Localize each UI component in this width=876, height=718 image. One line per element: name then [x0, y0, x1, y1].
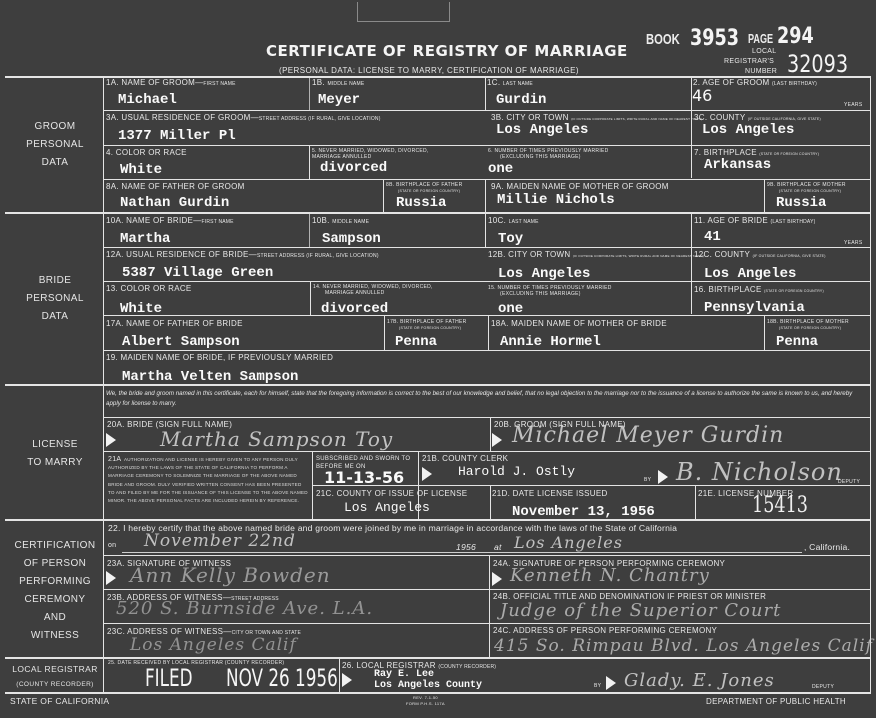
rule-groom-r4-b — [485, 180, 486, 212]
rule-cert-r1 — [103, 555, 870, 556]
marriage-year: 1956 — [456, 542, 476, 552]
groom-first-name: Michael — [118, 92, 177, 108]
rule-license-date — [490, 486, 491, 519]
bride-first-name: Martha — [120, 231, 170, 247]
bride-father-name: Albert Sampson — [122, 334, 240, 350]
rule-license-num — [695, 486, 696, 519]
book-number: 3953 — [690, 26, 739, 51]
groom-middle-name: Meyer — [318, 92, 360, 108]
book-label: BOOK — [646, 31, 680, 48]
date-issued: November 13, 1956 — [512, 504, 655, 520]
groom-county: Los Angeles — [702, 122, 794, 138]
footer-form-id: Form P.H.S. 117A — [406, 701, 445, 706]
groom-street: 1377 Miller Pl — [118, 128, 236, 144]
bride-maiden-name: Martha Velten Sampson — [122, 369, 298, 385]
registrar-county: Los Angeles County — [374, 680, 482, 691]
document-title: CERTIFICATE OF REGISTRY OF MARRIAGE — [266, 42, 628, 60]
groom-mother-name: Millie Nichols — [497, 192, 615, 208]
arrow-marker-icon — [106, 433, 116, 447]
groom-age: 46 — [692, 86, 712, 105]
page-label: PAGE — [748, 31, 773, 46]
registrar-name: Ray E. Lee — [374, 669, 434, 680]
section-bride: BRIDE PERSONAL DATA — [12, 272, 98, 326]
bride-marital-status: divorced — [321, 301, 388, 317]
license-statement: We, the bride and groom named in this ce… — [106, 389, 868, 409]
rule-cert-registrar — [5, 657, 871, 659]
county-clerk-name: Harold J. Ostly — [458, 464, 575, 479]
groom-father-birthplace: Russia — [396, 195, 446, 211]
document-subtitle: (PERSONAL DATA: LICENSE TO MARRY, CERTIF… — [279, 66, 579, 75]
section-registrar: LOCAL REGISTRAR (COUNTY RECORDER) — [8, 661, 102, 693]
authorization-text: AUTHORIZATION AND LICENSE IS HEREBY GIVE… — [108, 456, 308, 505]
rule-groom-r3-a — [309, 146, 310, 179]
rule-cert-r2 — [103, 589, 870, 590]
bride-middle-name: Sampson — [322, 231, 381, 247]
rule-groom-r2 — [103, 145, 870, 146]
rule-right-edge — [870, 76, 871, 693]
rule-bride-r4-a — [384, 316, 385, 350]
groom-last-name: Gurdin — [496, 92, 546, 108]
rule-license-r1 — [103, 451, 870, 452]
marriage-certificate: CERTIFICATE OF REGISTRY OF MARRIAGE (PER… — [0, 0, 876, 718]
county-of-issue: Los Angeles — [344, 500, 430, 515]
rule-license-sign-split — [490, 418, 491, 451]
bride-birthplace: Pennsylvania — [704, 300, 805, 316]
groom-race: White — [120, 162, 162, 178]
filed-date-stamp: NOV 26 1956 — [226, 664, 338, 692]
witness-signature: Ann Kelly Bowden — [130, 563, 331, 587]
bride-mother-birthplace: Penna — [776, 334, 818, 350]
rule-bride-r1-b — [485, 214, 486, 247]
rule-groom-bride — [5, 212, 871, 214]
rule-groom-r3 — [103, 179, 870, 180]
rule-registrar-split — [339, 658, 340, 692]
bride-age: 41 — [704, 229, 721, 245]
rule-bride-r1-c — [691, 214, 692, 314]
bride-last-name: Toy — [498, 231, 523, 247]
bride-race: White — [120, 301, 162, 317]
license-number: 15413 — [752, 493, 808, 518]
rule-bride-r1-a — [309, 214, 310, 247]
top-tab-box — [357, 2, 450, 22]
groom-age-unit: YEARS — [844, 102, 862, 108]
bride-father-birthplace: Penna — [395, 334, 437, 350]
bride-mother-name: Annie Hormel — [500, 334, 601, 350]
page-number: 294 — [777, 24, 814, 49]
deputy-by-label: BY — [644, 477, 651, 483]
groom-city: Los Angeles — [496, 122, 588, 138]
rule-groom-r1-a — [309, 78, 310, 110]
rule-bride-r4-b — [488, 316, 489, 350]
arrow-marker-icon — [606, 676, 616, 690]
section-license: LICENSE TO MARRY — [12, 436, 98, 472]
deputy-signature: B. Nicholson — [676, 458, 843, 486]
marriage-place: Los Angeles — [514, 533, 623, 552]
rule-bride-r3-a — [310, 282, 311, 315]
deputy-suffix: DEPUTY — [838, 479, 860, 485]
registrar-deputy-suffix: DEPUTY — [812, 684, 834, 690]
registrar-deputy-signature: Glady. E. Jones — [624, 670, 775, 691]
officiant-address: 415 So. Rimpau Blvd. Los Angeles Calif — [494, 636, 873, 656]
witness-city: Los Angeles Calif — [130, 635, 297, 655]
rule-bride-r1 — [103, 247, 870, 248]
rule-groom-r1-b — [485, 78, 486, 110]
section-certification: CERTIFICATION OF PERSON PERFORMING CEREM… — [8, 537, 102, 645]
rule-left-column — [103, 76, 104, 693]
arrow-marker-icon — [342, 673, 352, 687]
rule-bottom — [5, 692, 871, 694]
bride-times-married: one — [498, 301, 523, 317]
officiant-title: Judge of the Superior Court — [500, 600, 781, 621]
rule-groom-r1 — [103, 110, 870, 111]
filed-stamp: FILED — [145, 664, 193, 692]
marriage-date: November 22nd — [144, 531, 296, 551]
date-underline — [122, 552, 802, 553]
arrow-marker-icon — [422, 467, 432, 481]
groom-times-married: one — [488, 161, 513, 177]
arrow-marker-icon — [658, 470, 668, 484]
registrar-label-number: NUMBER — [745, 68, 777, 75]
section-groom: GROOM PERSONAL DATA — [12, 118, 98, 172]
bride-county: Los Angeles — [704, 266, 796, 282]
sworn-date: 11-13-56 — [324, 468, 404, 487]
bride-street: 5387 Village Green — [122, 265, 273, 281]
rule-groom-r4-c — [764, 180, 765, 212]
groom-mother-birthplace: Russia — [776, 195, 826, 211]
footer-state: STATE OF CALIFORNIA — [10, 696, 109, 706]
footer-department: DEPARTMENT OF PUBLIC HEALTH — [706, 697, 846, 706]
rule-license-cert — [5, 519, 871, 521]
registrar-label-local: LOCAL — [752, 48, 776, 55]
registrar-by-label: BY — [594, 683, 601, 689]
rule-bride-r4-c — [764, 316, 765, 350]
rule-bride-r4 — [103, 350, 870, 351]
footer-form-rev: Rev. 7-1-50 — [413, 695, 438, 700]
groom-signature: Michael Meyer Gurdin — [512, 423, 784, 448]
bride-age-unit: YEARS — [844, 240, 862, 246]
bride-signature: Martha Sampson Toy — [160, 427, 393, 451]
arrow-marker-icon — [492, 572, 502, 586]
rule-cert-r3 — [103, 623, 870, 624]
arrow-marker-icon — [492, 433, 502, 447]
groom-marital-status: divorced — [320, 160, 387, 176]
registrar-label-registrars: REGISTRAR'S — [724, 58, 774, 65]
registrar-number: 32093 — [787, 50, 848, 78]
witness-street: 520 S. Burnside Ave. L.A. — [116, 598, 373, 619]
groom-father-name: Nathan Gurdin — [120, 195, 229, 211]
rule-cert-split — [489, 556, 490, 657]
arrow-marker-icon — [106, 571, 116, 585]
bride-city: Los Angeles — [498, 266, 590, 282]
officiant-signature: Kenneth N. Chantry — [510, 565, 710, 586]
rule-groom-r4-a — [383, 180, 384, 212]
rule-license-r0 — [103, 417, 870, 418]
groom-birthplace: Arkansas — [704, 157, 771, 173]
